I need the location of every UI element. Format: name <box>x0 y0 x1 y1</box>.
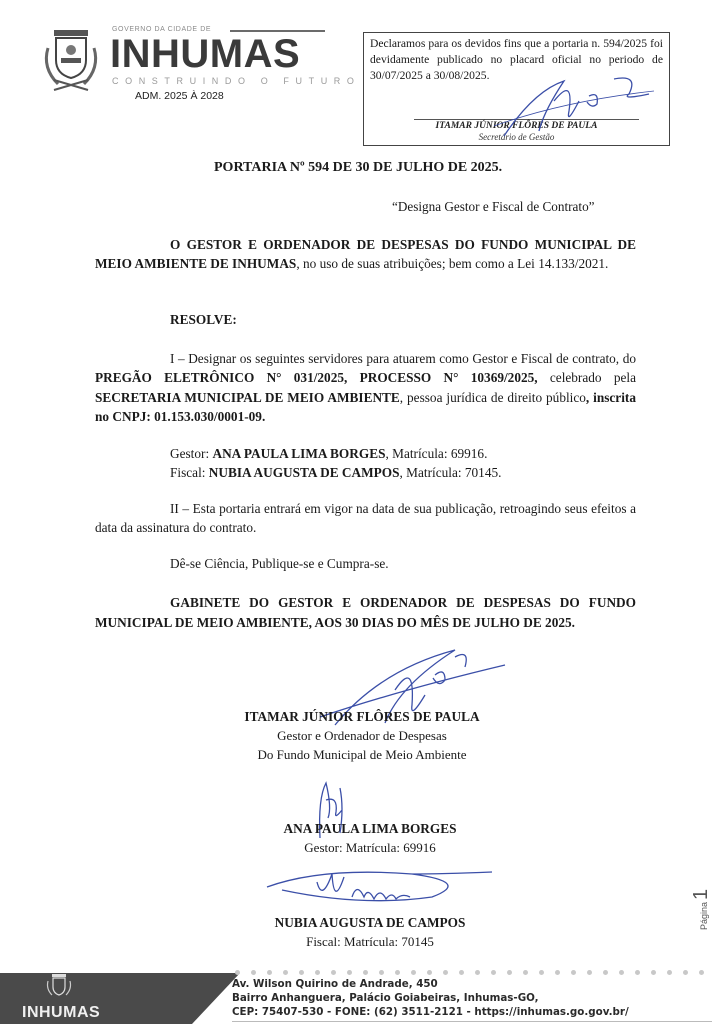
designation-fiscal: Fiscal: NUBIA AUGUSTA DE CAMPOS, Matrícu… <box>170 463 501 482</box>
signer-role: Gestor e Ordenador de Despesas <box>197 726 527 745</box>
article-1-text: I – Designar os seguintes servidores par… <box>170 351 636 366</box>
stamp-declaration: Declaramos para os devidos fins que a po… <box>370 36 663 84</box>
page-label: Página <box>699 902 709 930</box>
closing-formula: Dê-se Ciência, Publique-se e Cumpra-se. <box>170 556 389 572</box>
footer-address: Av. Wilson Quirino de Andrade, 450 Bairr… <box>232 977 629 1019</box>
article-1-text: celebrado pela <box>538 370 636 385</box>
address-street: Av. Wilson Quirino de Andrade, 450 <box>232 977 629 991</box>
designation-name: ANA PAULA LIMA BORGES <box>212 446 385 461</box>
designation-name: NUBIA AUGUSTA DE CAMPOS <box>209 465 400 480</box>
city-logo: GOVERNO DA CIDADE DE INHUMAS CONSTRUINDO… <box>40 20 340 110</box>
article-1-text: , pessoa jurídica de direito público <box>400 390 586 405</box>
signature-block-fiscal: NUBIA AUGUSTA DE CAMPOS Fiscal: Matrícul… <box>205 913 535 951</box>
address-district: Bairro Anhanguera, Palácio Goiabeiras, I… <box>232 991 629 1005</box>
designation-registration: , Matrícula: 69916. <box>385 446 487 461</box>
signer-name: NUBIA AUGUSTA DE CAMPOS <box>205 913 535 932</box>
address-contact[interactable]: CEP: 75407-530 - FONE: (62) 3511-2121 - … <box>232 1005 629 1019</box>
signature-block-gestor: ANA PAULA LIMA BORGES Gestor: Matrícula:… <box>205 819 535 857</box>
signature-scribble-icon <box>262 862 492 917</box>
signer-registration: Gestor: Matrícula: 69916 <box>205 838 535 857</box>
page-footer: INHUMAS Av. Wilson Quirino de Andrade, 4… <box>0 970 719 1024</box>
document-title: PORTARIA Nº 594 DE 30 DE JULHO DE 2025. <box>214 160 502 176</box>
signer-registration: Fiscal: Matrícula: 70145 <box>205 932 535 951</box>
signer-name: ANA PAULA LIMA BORGES <box>205 819 535 838</box>
signature-block-gestor-ordenador: ITAMAR JÚNIOR FLÔRES DE PAULA Gestor e O… <box>197 707 527 764</box>
page-number: Página1 <box>690 889 713 930</box>
stamp-signer-name: ITAMAR JÚNIOR FLÔRES DE PAULA <box>364 121 669 131</box>
footer-dotted-rule <box>235 970 715 976</box>
designation-registration: , Matrícula: 70145. <box>400 465 502 480</box>
city-crest-icon <box>40 28 106 98</box>
brand-name: INHUMAS <box>110 32 300 76</box>
intro-paragraph: O GESTOR E ORDENADOR DE DESPESAS DO FUND… <box>95 235 636 274</box>
process-reference: PREGÃO ELETRÔNICO N° 031/2025, PROCESSO … <box>95 370 538 385</box>
stamp-signer-role: Secretário de Gestão <box>364 132 669 142</box>
publication-stamp: Declaramos para os devidos fins que a po… <box>363 32 670 146</box>
page-value: 1 <box>690 889 712 900</box>
brand-tagline: CONSTRUINDO O FUTURO <box>112 76 361 86</box>
secretariat-name: SECRETARIA MUNICIPAL DE MEIO AMBIENTE <box>95 390 400 405</box>
gabinete-statement: GABINETE DO GESTOR E ORDENADOR DE DESPES… <box>95 593 636 632</box>
footer-brand: INHUMAS <box>22 1004 100 1022</box>
designation-role: Fiscal: <box>170 465 209 480</box>
footer-divider <box>232 1021 712 1022</box>
signer-name: ITAMAR JÚNIOR FLÔRES DE PAULA <box>197 707 527 726</box>
designation-gestor: Gestor: ANA PAULA LIMA BORGES, Matrícula… <box>170 444 501 463</box>
article-2: II – Esta portaria entrará em vigor na d… <box>95 499 636 538</box>
city-crest-icon <box>45 973 73 999</box>
designations-list: Gestor: ANA PAULA LIMA BORGES, Matrícula… <box>170 444 501 482</box>
resolve-heading: RESOLVE: <box>170 312 237 328</box>
intro-text: , no uso de suas atribuições; bem como a… <box>296 256 608 271</box>
document-ementa: “Designa Gestor e Fiscal de Contrato” <box>392 199 595 215</box>
administration-period: ADM. 2025 À 2028 <box>135 90 224 102</box>
designation-role: Gestor: <box>170 446 212 461</box>
signature-line <box>414 119 639 120</box>
signer-entity: Do Fundo Municipal de Meio Ambiente <box>197 745 527 764</box>
article-1: I – Designar os seguintes servidores par… <box>95 349 636 426</box>
